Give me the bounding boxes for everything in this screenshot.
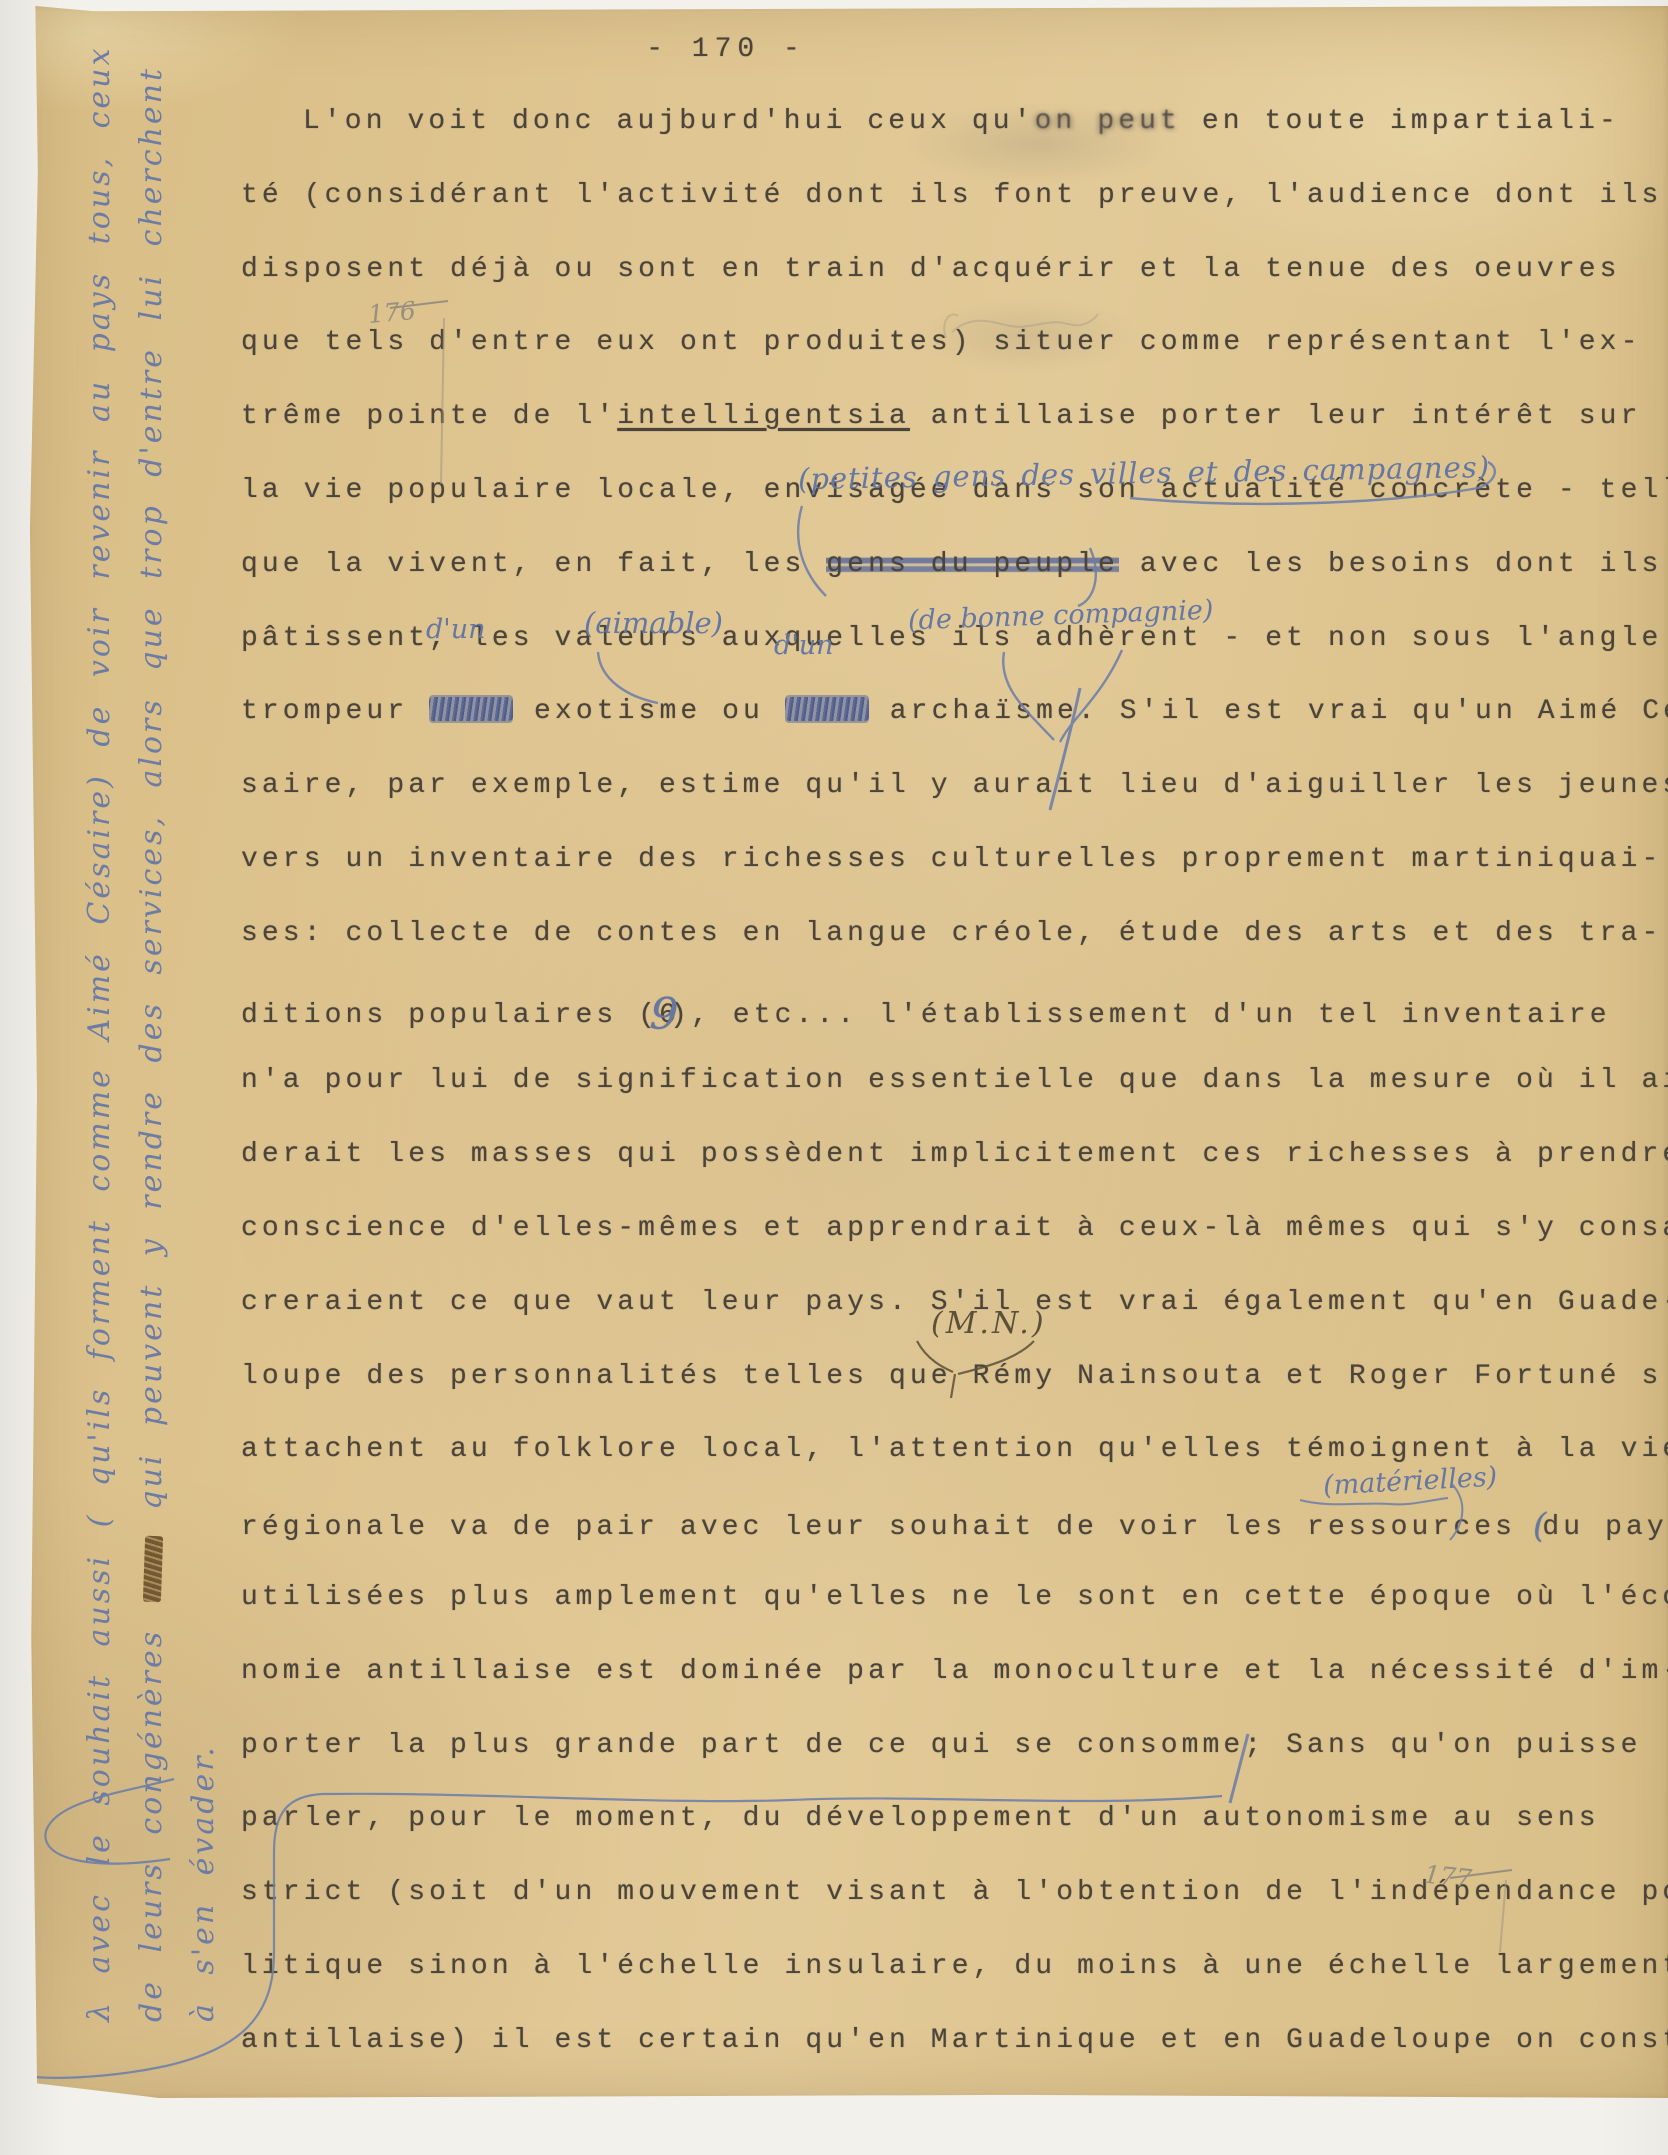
typed-line: n'a pour lui de signification essentiell…	[241, 1044, 1668, 1118]
typed-line: parler, pour le moment, du développement…	[241, 1782, 1668, 1856]
pencil-number-176: 176	[367, 296, 417, 329]
typed-segment: exotisme ou	[513, 696, 785, 727]
handwritten-dun-1: d'un	[426, 614, 485, 645]
typed-segment: archaïsme. S'il est vrai qu'un Aimé Cé-	[869, 696, 1668, 727]
crossed-out-words: gens du peuple	[826, 549, 1119, 580]
manuscript-page: - 170 - L'on voit donc aujburd'hui ceux …	[28, 6, 1668, 2098]
typed-line: porter la plus grande part de ce qui se …	[241, 1709, 1668, 1783]
typed-line: saire, par exemple, estime qu'il y aurai…	[241, 749, 1668, 823]
typed-line: utilisées plus amplement qu'elles ne le …	[241, 1561, 1668, 1635]
handwritten-digit: 9	[647, 977, 684, 1053]
typed-line: régionale va de pair avec leur souhait d…	[241, 1487, 1668, 1561]
typed-line: ditions populaires (69), etc... l'établi…	[241, 971, 1668, 1045]
typed-line: litique sinon à l'échelle insulaire, du …	[241, 1930, 1668, 2004]
typed-segment: trompeur	[241, 696, 429, 727]
typed-segment: ditions populaires (6	[241, 1000, 680, 1031]
typed-segment: avec les besoins dont ils	[1119, 549, 1662, 580]
margin-segment: qui peuvent y rendre des services, alors…	[134, 66, 169, 1510]
typed-line: ses: collecte de contes en langue créole…	[241, 897, 1668, 971]
handwritten-dun-2: d'un	[774, 630, 833, 661]
typed-segment: porter la plus grande part de ce qui se …	[241, 1730, 1265, 1761]
typed-segment: trême pointe de l'	[241, 401, 617, 432]
typed-segment: ), etc... l'établissement d'un tel inven…	[670, 1000, 1611, 1031]
typed-line: loupe des personnalités telles que Rémy …	[241, 1340, 1668, 1414]
typed-segment: antillaise porter leur intérêt sur	[910, 401, 1642, 432]
typed-segment: que la vivent, en fait, les	[241, 549, 826, 580]
typed-line: vers un inventaire des richesses culture…	[241, 823, 1668, 897]
typed-line: nomie antillaise est dominée par la mono…	[241, 1635, 1668, 1709]
underlined-word: intelligentsia	[617, 401, 910, 432]
handwritten-paren: (	[1533, 1506, 1550, 1546]
margin-line: λ avec le souhait aussi ( qu'ils forment…	[74, 57, 126, 2022]
typed-line: derait les masses qui possèdent implicit…	[241, 1118, 1668, 1192]
obliterated-word	[429, 697, 513, 721]
typed-line: que tels d'entre eux ont produites) situ…	[241, 306, 1668, 380]
page-number: - 170 -	[596, 34, 856, 65]
typed-text-block: L'on voit donc aujburd'hui ceux qu'on pe…	[241, 85, 1668, 2078]
typed-segment: régionale va de pair avec leur souhait d…	[241, 1512, 1537, 1543]
typed-line: té (considérant l'activité dont ils font…	[241, 159, 1668, 233]
margin-line: à s'en évader.	[178, 57, 230, 2022]
overtyped-correction: on peut	[1035, 106, 1181, 137]
typed-segment: en toute impartiali-	[1181, 106, 1620, 137]
typed-segment: du pays	[1542, 1512, 1668, 1543]
pencil-number-177: 177	[1423, 1860, 1473, 1894]
typed-line: que la vivent, en fait, les gens du peup…	[241, 528, 1668, 602]
scribbled-out-word	[143, 1536, 163, 1603]
typed-line: conscience d'elles-mêmes et apprendrait …	[241, 1192, 1668, 1266]
typed-line: L'on voit donc aujburd'hui ceux qu'on pe…	[241, 85, 1668, 159]
margin-annotation: λ avec le souhait aussi ( qu'ils forment…	[74, 57, 230, 2022]
typed-line: antillaise) il est certain qu'en Martini…	[241, 2004, 1668, 2078]
typed-segment: Sans qu'on puisse	[1265, 1730, 1641, 1761]
typed-line: trompeur exotisme ou archaïsme. S'il est…	[241, 675, 1668, 749]
typed-line: disposent déjà ou sont en train d'acquér…	[241, 233, 1668, 307]
handwritten-aimable: (aimable)	[584, 606, 723, 640]
obliterated-word	[785, 697, 869, 721]
scan-background: - 170 - L'on voit donc aujburd'hui ceux …	[0, 0, 1668, 2155]
typed-line: trême pointe de l'intelligentsia antilla…	[241, 380, 1668, 454]
handwritten-mn-note: (M.N.)	[931, 1306, 1047, 1341]
margin-line: de leurs congénères qui peuvent y rendre…	[126, 57, 178, 2022]
typed-segment: L'on voit donc aujburd'hui ceux qu'	[303, 106, 1035, 137]
margin-segment: de leurs congénères	[134, 1629, 169, 2022]
